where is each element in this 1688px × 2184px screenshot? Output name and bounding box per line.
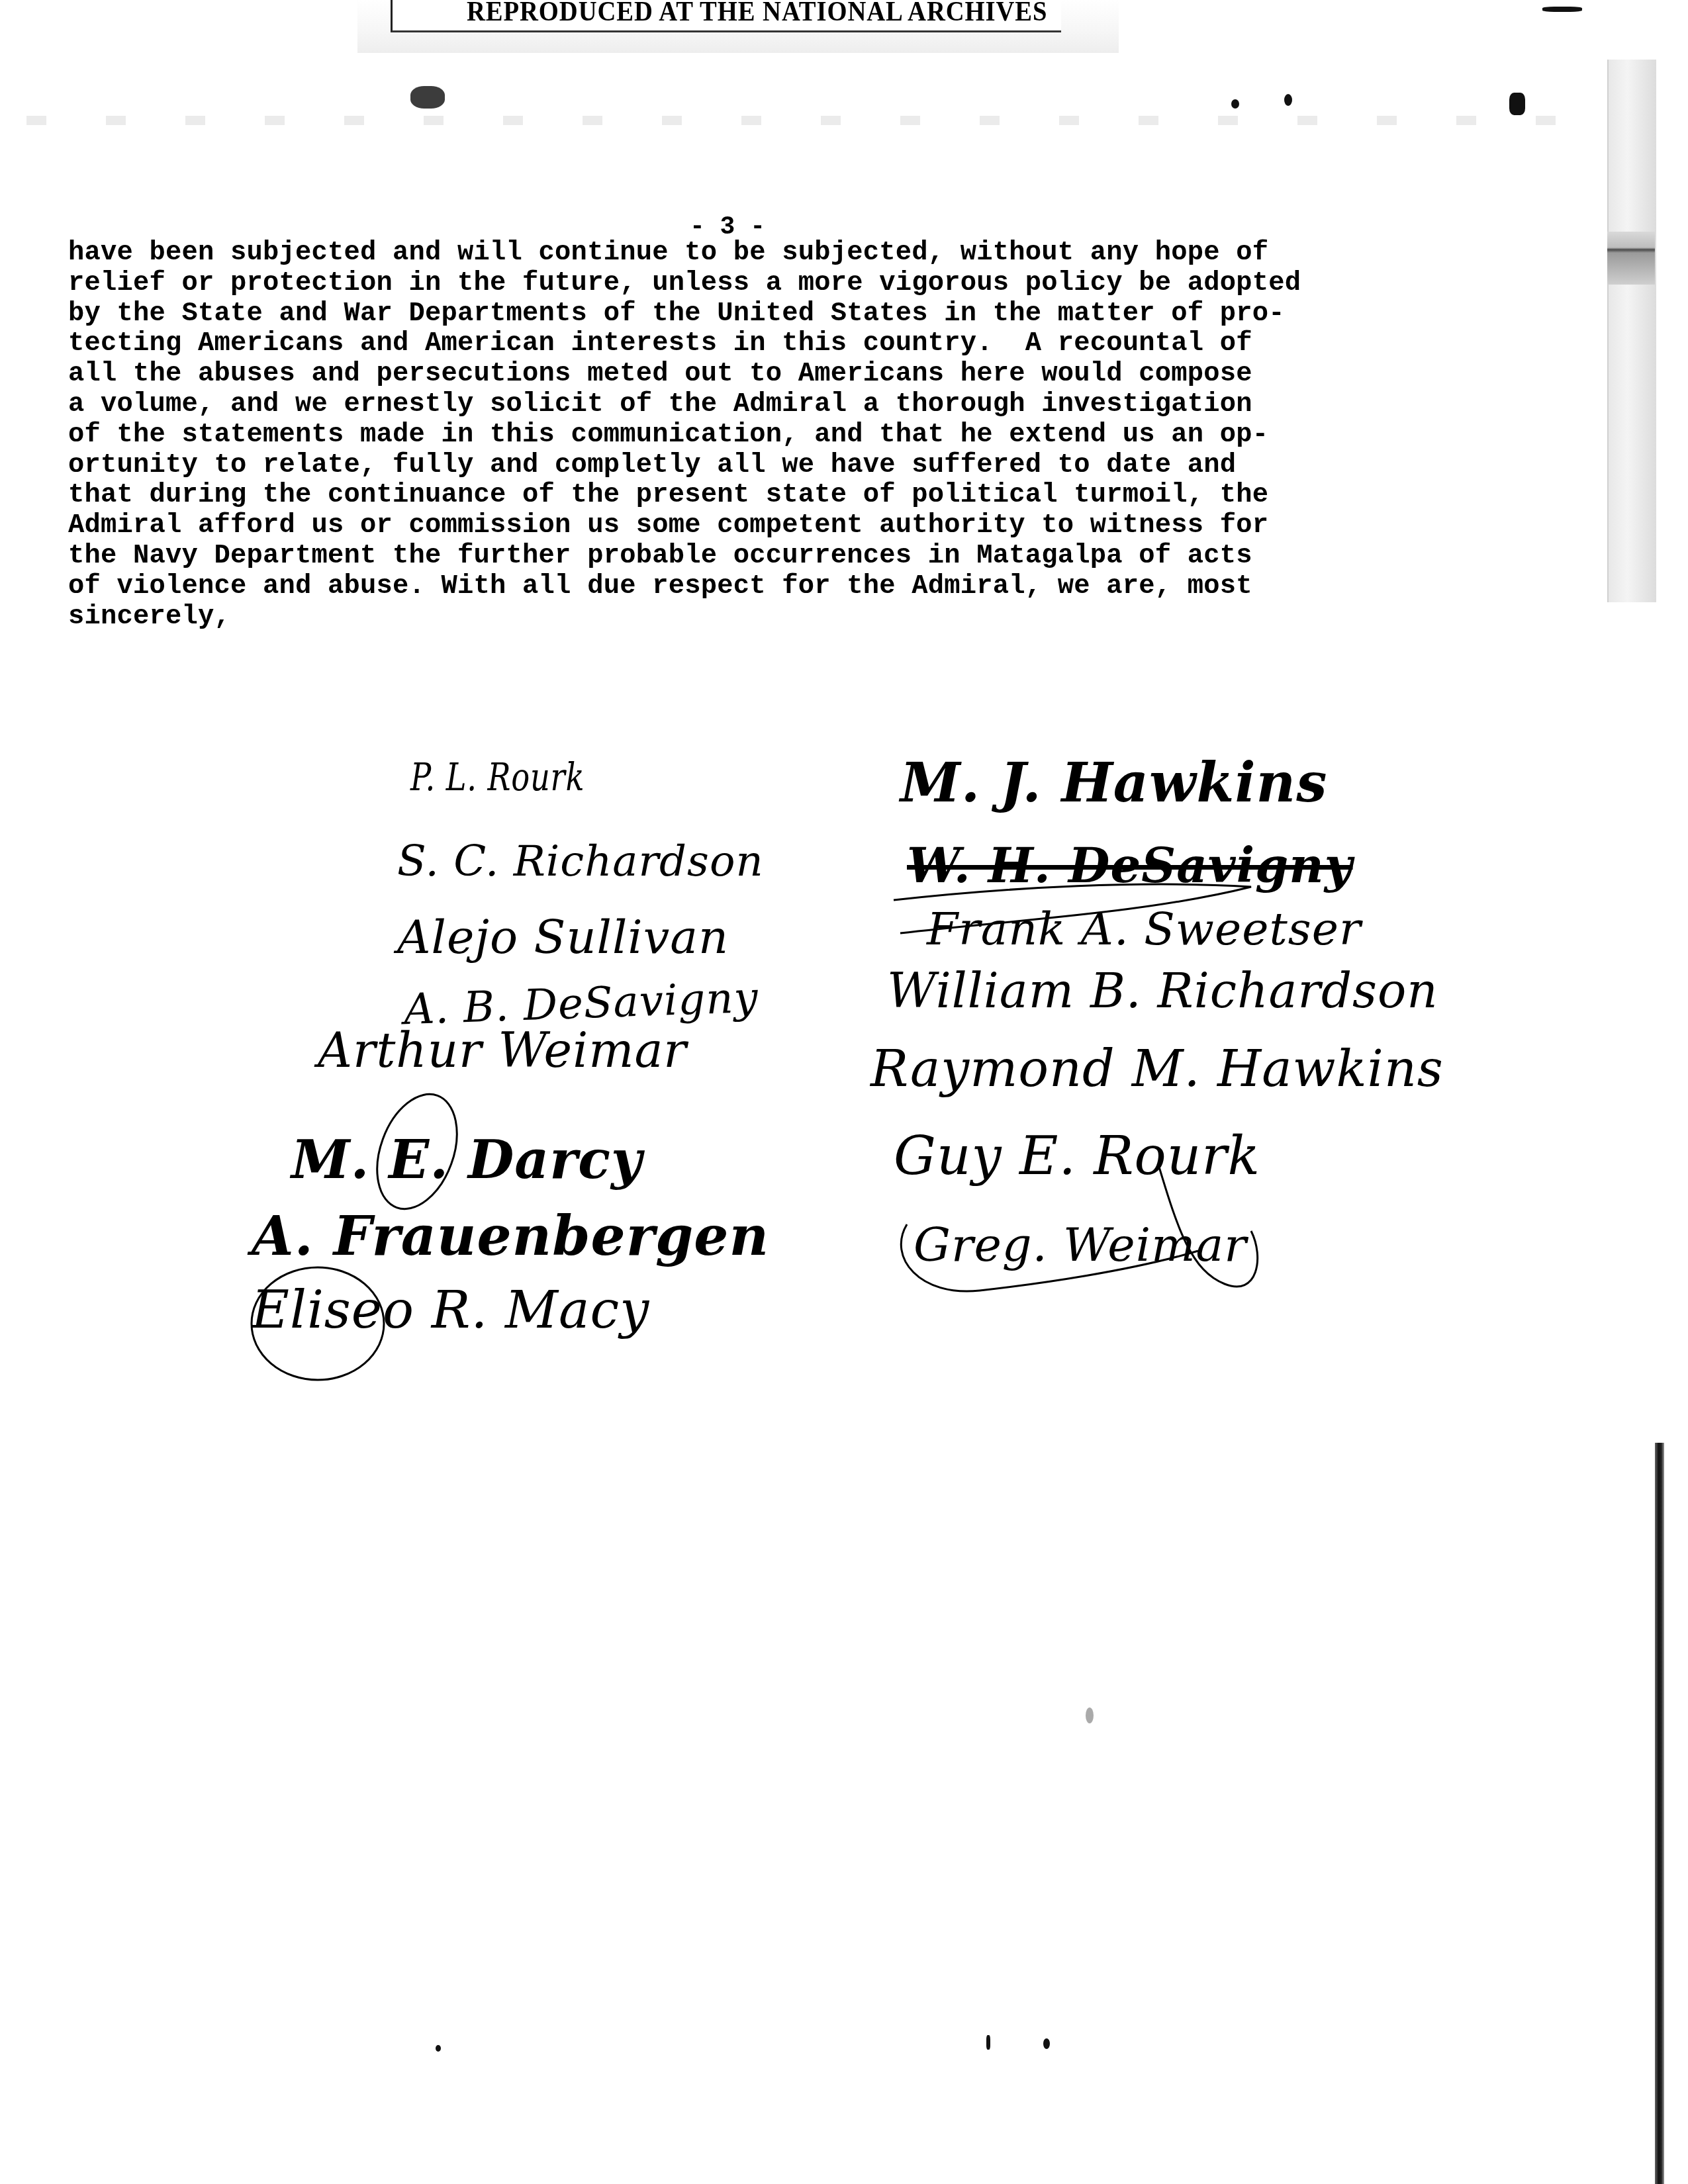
signature: Arthur Weimar <box>318 1023 687 1078</box>
scan-speck <box>1509 93 1525 115</box>
archives-stamp: REPRODUCED AT THE NATIONAL ARCHIVES <box>467 0 1047 28</box>
letter-line: a volume, and we ernestly solicit of the… <box>68 390 1591 420</box>
letter-closing: sincerely, <box>68 602 1591 633</box>
letter-line: have been subjected and will continue to… <box>68 238 1591 269</box>
scan-speck <box>1086 1707 1094 1723</box>
signature: P. L. Rourk <box>410 754 585 799</box>
folder-edge <box>1607 60 1656 602</box>
signature: S. C. Richardson <box>397 837 764 886</box>
signature-flourish <box>880 874 1278 953</box>
signature: William B. Richardson <box>887 963 1438 1019</box>
signature-flourish <box>238 1251 410 1383</box>
letter-body: have been subjected and will continue to… <box>68 238 1591 632</box>
scan-speck <box>410 86 445 109</box>
letter-line: tecting Americans and American interests… <box>68 329 1591 359</box>
letter-line: by the State and War Departments of the … <box>68 299 1591 330</box>
scan-speck <box>1542 7 1582 12</box>
scan-speck <box>436 2045 441 2052</box>
signature-flourish <box>880 1125 1344 1337</box>
letter-line: of the statements made in this communica… <box>68 420 1591 451</box>
scan-speck <box>986 2035 990 2050</box>
letter-line: all the abuses and persecutions meted ou… <box>68 359 1591 390</box>
page-edge-shadow <box>1655 1443 1664 2184</box>
scan-speck <box>1043 2038 1050 2049</box>
letter-line: relief or protection in the future, unle… <box>68 269 1591 299</box>
scan-speck <box>1284 94 1292 106</box>
scan-noise <box>0 116 1622 125</box>
signature-flourish <box>357 1085 477 1218</box>
letter-line: the Navy Department the further probable… <box>68 541 1591 572</box>
letter-line: ortunity to relate, fully and completly … <box>68 451 1591 481</box>
folder-edge-band <box>1607 232 1655 285</box>
letter-line: that during the continuance of the prese… <box>68 480 1591 511</box>
signature: M. J. Hawkins <box>900 751 1327 815</box>
signature: Alejo Sullivan <box>397 910 729 964</box>
signature: Raymond M. Hawkins <box>870 1039 1444 1098</box>
letter-line: Admiral afford us or commission us some … <box>68 511 1591 541</box>
letter-line: of violence and abuse. With all due resp… <box>68 572 1591 602</box>
scan-speck <box>1231 99 1239 109</box>
